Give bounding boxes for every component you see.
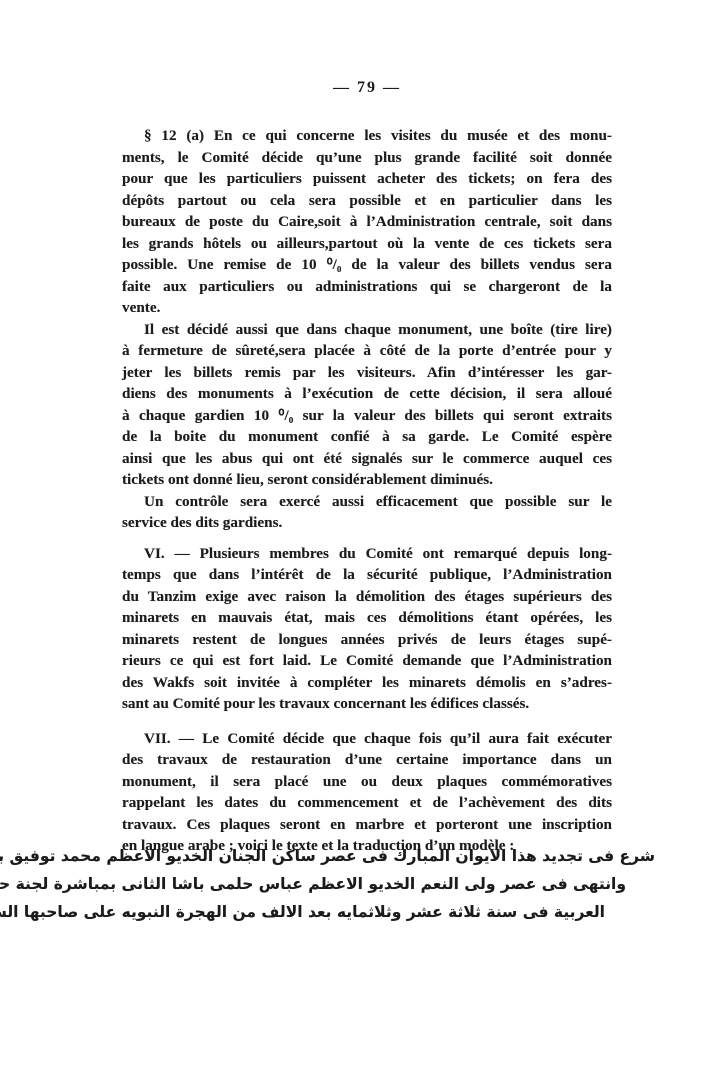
text-line: travaux. Ces plaques seront en marbre et… — [122, 814, 612, 836]
text-line: rappelant les dates du commencement et d… — [122, 792, 612, 814]
text-line: Un contrôle sera exercé aussi efficaceme… — [122, 491, 612, 513]
text-line: jeter les billets remis par les visiteur… — [122, 362, 612, 384]
text-line: tickets ont donné lieu, seront considéra… — [122, 469, 612, 491]
text-line: monument, il sera placé une ou deux plaq… — [122, 771, 612, 793]
text-line: à chaque gardien 10 ⁰/₀ sur la valeur de… — [122, 405, 612, 427]
section-vi: VI. — Plusieurs membres du Comité ont re… — [122, 543, 612, 715]
text-line: bureaux de poste du Caire,soit à l’Admin… — [122, 211, 612, 233]
text-line: vente. — [122, 297, 612, 319]
body-text: § 12 (a) En ce qui concerne les visites … — [122, 125, 612, 857]
text-line: VI. — Plusieurs membres du Comité ont re… — [122, 543, 612, 565]
text-line: à fermeture de sûreté,sera placée à côté… — [122, 340, 612, 362]
arabic-text-line: وانتهى فى عصر ولى النعم الخديو الاعظم عب… — [77, 870, 626, 898]
text-line: ments, le Comité décide qu’une plus gran… — [122, 147, 612, 169]
page-number: — 79 — — [122, 79, 612, 97]
text-line: Il est décidé aussi que dans chaque monu… — [122, 319, 612, 341]
text-line: minarets en mauvais état, mais ces démol… — [122, 607, 612, 629]
arabic-inscription: شرع فى تجديد هذا الايوان المبارك فى عصر … — [77, 842, 655, 926]
arabic-text-line: شرع فى تجديد هذا الايوان المبارك فى عصر … — [80, 842, 655, 870]
paragraph-12a: § 12 (a) En ce qui concerne les visites … — [122, 125, 612, 319]
text-line: service des dits gardiens. — [122, 512, 612, 534]
section-vii: VII. — Le Comité décide que chaque fois … — [122, 728, 612, 857]
text-line: des Wakfs soit invitée à compléter les m… — [122, 672, 612, 694]
text-line: § 12 (a) En ce qui concerne les visites … — [122, 125, 612, 147]
paragraph-tirelire: Il est décidé aussi que dans chaque monu… — [122, 319, 612, 491]
text-line: dépôts partout ou cela sera possible et … — [122, 190, 612, 212]
arabic-text-line: العربية فى سنة ثلاثة عشر وثلاثمايه بعد ا… — [111, 898, 605, 926]
text-line: temps que dans l’intérêt de la sécurité … — [122, 564, 612, 586]
document-page: — 79 — § 12 (a) En ce qui concerne les v… — [0, 0, 720, 1079]
text-line: les grands hôtels ou ailleurs,partout où… — [122, 233, 612, 255]
text-line: de la boite du monument confié à sa gard… — [122, 426, 612, 448]
text-line: VII. — Le Comité décide que chaque fois … — [122, 728, 612, 750]
text-line: minarets restent de longues années privé… — [122, 629, 612, 651]
paragraph-controle: Un contrôle sera exercé aussi efficaceme… — [122, 491, 612, 534]
text-line: pour que les particuliers puissent achet… — [122, 168, 612, 190]
text-line: des travaux de restauration d’une certai… — [122, 749, 612, 771]
text-line: ainsi que les abus qui ont été signalés … — [122, 448, 612, 470]
text-line: rieurs ce qui est fort laid. Le Comité d… — [122, 650, 612, 672]
text-line: diens des monuments à l’exécution de cet… — [122, 383, 612, 405]
text-line: sant au Comité pour les travaux concerna… — [122, 693, 612, 715]
text-line: du Tanzim exige avec raison la démolitio… — [122, 586, 612, 608]
text-line: faite aux particuliers ou administration… — [122, 276, 612, 298]
text-line: possible. Une remise de 10 ⁰/₀ de la val… — [122, 254, 612, 276]
